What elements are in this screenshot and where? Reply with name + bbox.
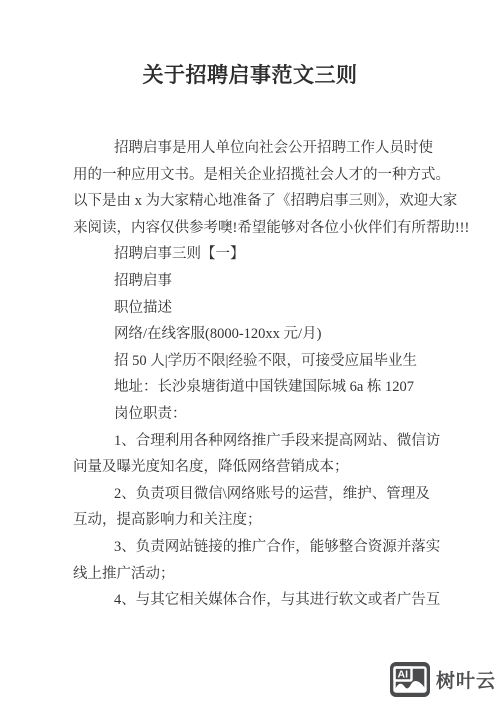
document-line: 来阅读，内容仅供参考噢!希望能够对各位小伙伴们有所帮助!!! <box>73 215 438 242</box>
document-line: 职位描述 <box>73 295 438 322</box>
brand-watermark: AI 树叶云 <box>390 662 496 697</box>
document-line: 招聘启事三则【一】 <box>73 241 438 268</box>
document-line: 地址：长沙泉塘街道中国铁建国际城 6a 栋 1207 <box>73 374 438 401</box>
document-line: 3、负责网站链接的推广合作，能够整合资源并落实 <box>73 534 438 561</box>
document-line: 招 50 人|学历不限|经验不限，可接受应届毕业生 <box>73 348 438 375</box>
ai-icon-label: AI <box>397 669 408 681</box>
document-line: 问量及曝光度知名度，降低网络营销成本； <box>73 454 438 481</box>
document-line: 用的一种应用文书。是相关企业招揽社会人才的一种方式。 <box>73 162 438 189</box>
document-line: 以下是由 x 为大家精心地准备了《招聘启事三则》，欢迎大家 <box>73 188 438 215</box>
ai-image-icon: AI <box>390 662 430 697</box>
document-line: 招聘启事 <box>73 268 438 295</box>
document-line: 线上推广活动； <box>73 561 438 588</box>
document-title: 关于招聘启事范文三则 <box>0 59 500 89</box>
document-line: 网络/在线客服(8000-120xx 元/月) <box>73 321 438 348</box>
document-page: 关于招聘启事范文三则 招聘启事是用人单位向社会公开招聘工作人员时使用的一种应用文… <box>0 0 500 707</box>
document-body: 招聘启事是用人单位向社会公开招聘工作人员时使用的一种应用文书。是相关企业招揽社会… <box>73 135 438 614</box>
brand-name: 树叶云 <box>436 666 496 693</box>
document-line: 4、与其它相关媒体合作，与其进行软文或者广告互 <box>73 587 438 614</box>
document-line: 1、合理利用各种网络推广手段来提高网站、微信访 <box>73 428 438 455</box>
document-line: 2、负责项目微信\网络账号的运营，维护、管理及 <box>73 481 438 508</box>
document-line: 岗位职责： <box>73 401 438 428</box>
document-line: 招聘启事是用人单位向社会公开招聘工作人员时使 <box>73 135 438 162</box>
document-line: 互动，提高影响力和关注度； <box>73 507 438 534</box>
